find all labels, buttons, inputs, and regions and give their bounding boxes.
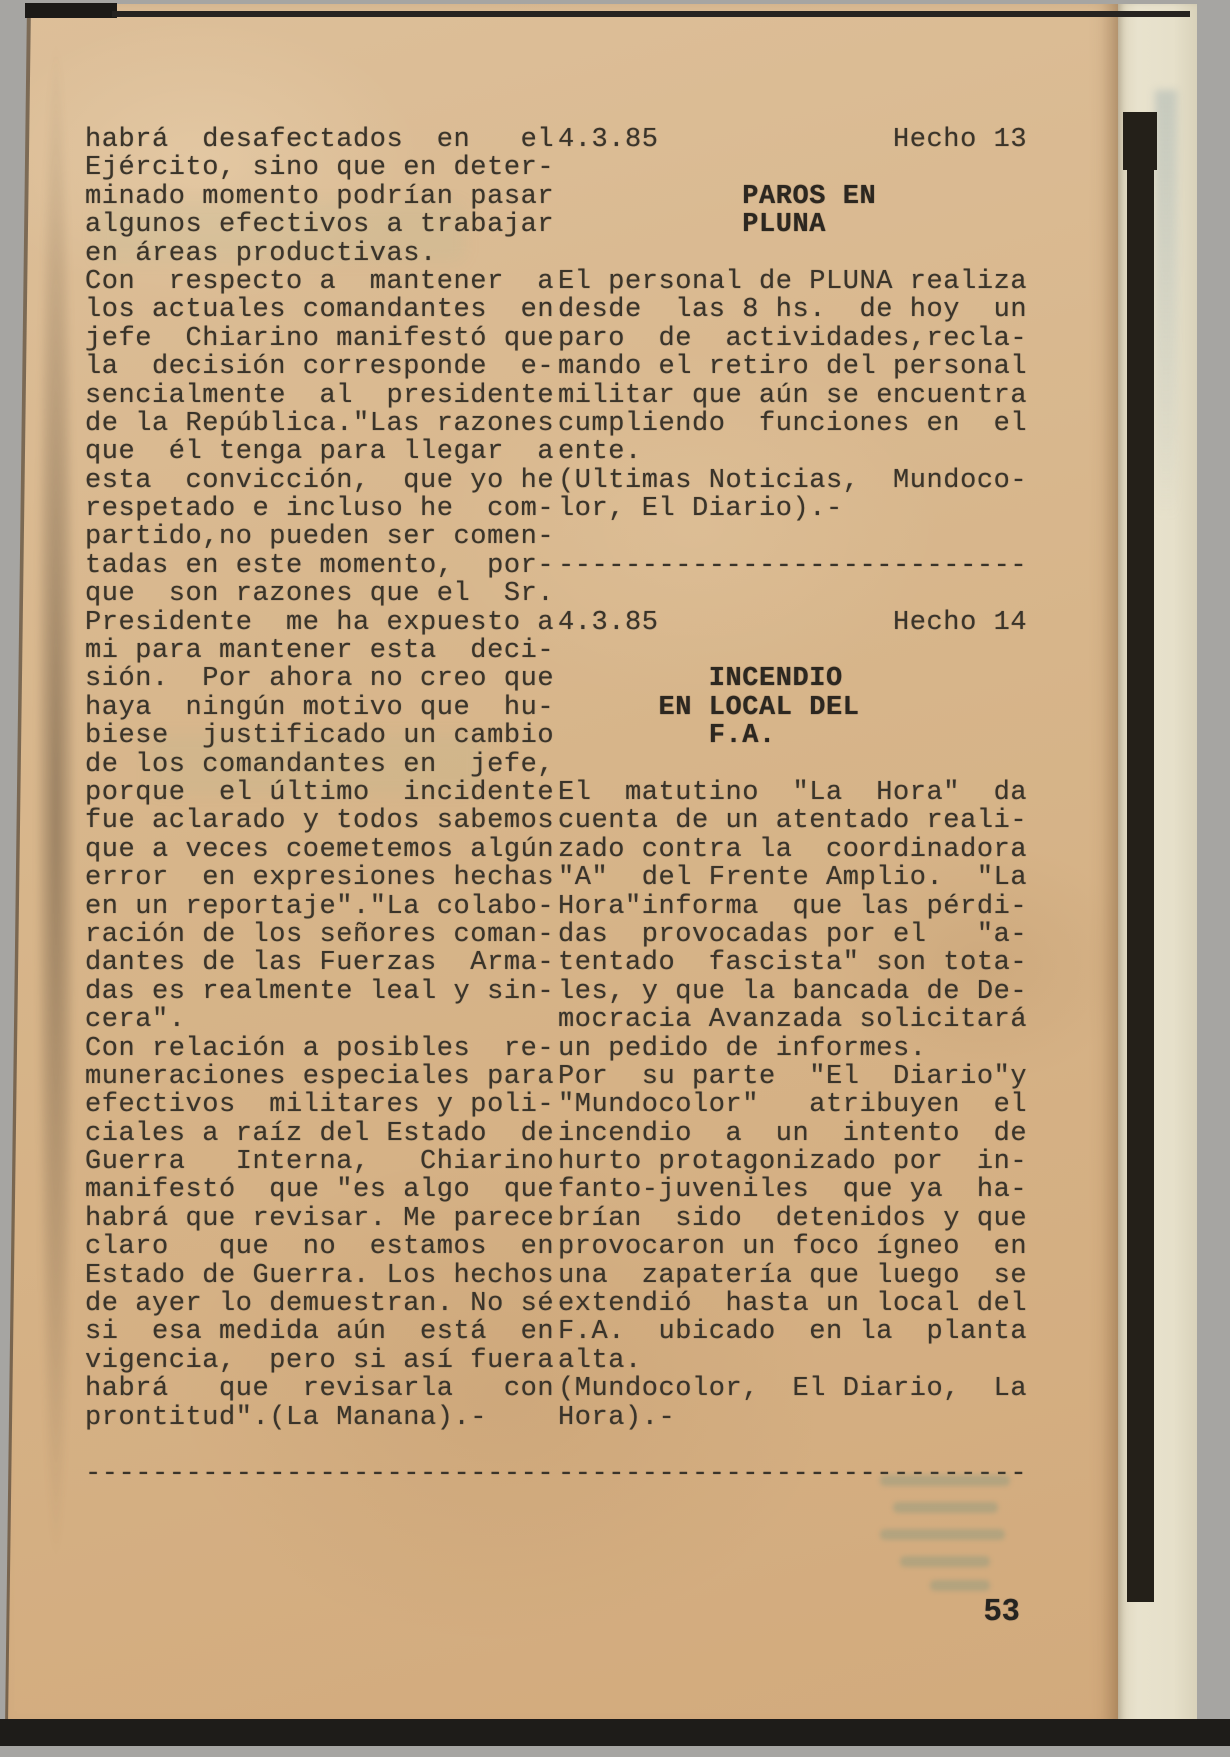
text-line: que él tenga para llegar a bbox=[85, 438, 554, 466]
text-line: los actuales comandantes en bbox=[85, 296, 554, 324]
text-line: extendió hasta un local del bbox=[558, 1290, 1027, 1318]
left-text-column: habrá desafectados en elEjército, sino q… bbox=[85, 126, 554, 1489]
text-line: 4.3.85 Hecho 14 bbox=[558, 609, 1027, 637]
text-line: habrá que revisarla con bbox=[85, 1375, 554, 1403]
text-line: partido,no pueden ser comen- bbox=[85, 523, 554, 551]
text-line: una zapatería que luego se bbox=[558, 1262, 1027, 1290]
bleed-through-text bbox=[880, 1529, 1005, 1540]
text-line: (Mundocolor, El Diario, La bbox=[558, 1375, 1027, 1403]
text-line: que a veces coemetemos algún bbox=[85, 836, 554, 864]
text-line: manifestó que "es algo que bbox=[85, 1176, 554, 1204]
text-line: cera". bbox=[85, 1006, 554, 1034]
text-line: Por su parte "El Diario"y bbox=[558, 1063, 1027, 1091]
text-line: de ayer lo demuestran. No sé bbox=[85, 1290, 554, 1318]
page-number: 53 bbox=[984, 1592, 1020, 1628]
text-line: ciales a raíz del Estado de bbox=[85, 1120, 554, 1148]
text-line: das es realmente leal y sin- bbox=[85, 978, 554, 1006]
text-line: ración de los señores coman- bbox=[85, 921, 554, 949]
text-line: fanto-juveniles que ya ha- bbox=[558, 1176, 1027, 1204]
bottom-black-strip bbox=[0, 1719, 1230, 1746]
text-line: sencialmente al presidente bbox=[85, 382, 554, 410]
text-line: Hora).- bbox=[558, 1404, 1027, 1432]
bleed-through-text bbox=[880, 1475, 1010, 1486]
text-line bbox=[558, 1432, 1027, 1460]
next-page-shadow-streak bbox=[1155, 90, 1177, 520]
text-line: ente. bbox=[558, 438, 1027, 466]
text-line bbox=[558, 240, 1027, 268]
text-line: "Mundocolor" atribuyen el bbox=[558, 1091, 1027, 1119]
right-black-bar bbox=[1127, 112, 1154, 1602]
text-line bbox=[558, 580, 1027, 608]
text-line: sión. Por ahora no creo que bbox=[85, 665, 554, 693]
text-line: Ejército, sino que en deter- bbox=[85, 154, 554, 182]
binding-gutter-shadow bbox=[36, 40, 76, 1560]
text-line: zado contra la coordinadora bbox=[558, 836, 1027, 864]
text-line: paro de actividades,recla- bbox=[558, 325, 1027, 353]
text-line: El personal de PLUNA realiza bbox=[558, 268, 1027, 296]
text-line: F.A. bbox=[558, 722, 1027, 750]
text-line: Presidente me ha expuesto a bbox=[85, 609, 554, 637]
text-line: tadas en este momento, por- bbox=[85, 552, 554, 580]
text-line: les, y que la bancada de De- bbox=[558, 978, 1027, 1006]
text-line: prontitud".(La Manana).- bbox=[85, 1404, 554, 1432]
text-line: ---------------------------- bbox=[558, 552, 1027, 580]
text-line: respetado e incluso he com- bbox=[85, 495, 554, 523]
text-line: efectivos militares y poli- bbox=[85, 1091, 554, 1119]
text-line: brían sido detenidos y que bbox=[558, 1205, 1027, 1233]
text-line: algunos efectivos a trabajar bbox=[85, 211, 554, 239]
text-line: tentado fascista" son tota- bbox=[558, 949, 1027, 977]
text-line: biese justificado un cambio bbox=[85, 722, 554, 750]
text-line: 4.3.85 Hecho 13 bbox=[558, 126, 1027, 154]
text-line bbox=[558, 523, 1027, 551]
text-line: muneraciones especiales para bbox=[85, 1063, 554, 1091]
text-line: esta convicción, que yo he bbox=[85, 467, 554, 495]
text-line: jefe Chiarino manifestó que bbox=[85, 325, 554, 353]
right-text-column: 4.3.85 Hecho 13 PAROS EN PLUNA El person… bbox=[558, 126, 1027, 1489]
text-line: PAROS EN bbox=[558, 183, 1027, 211]
text-line: ---------------------------- bbox=[85, 1460, 554, 1488]
text-line bbox=[558, 154, 1027, 182]
text-line: das provocadas por el "a- bbox=[558, 921, 1027, 949]
text-line: mocracia Avanzada solicitará bbox=[558, 1006, 1027, 1034]
text-line bbox=[558, 637, 1027, 665]
bleed-through-text bbox=[900, 1556, 990, 1567]
text-line: mi para mantener esta deci- bbox=[85, 637, 554, 665]
text-line: incendio a un intento de bbox=[558, 1120, 1027, 1148]
bleed-through-text bbox=[893, 1502, 998, 1513]
text-line: EN LOCAL DEL bbox=[558, 694, 1027, 722]
text-line: cumpliendo funciones en el bbox=[558, 410, 1027, 438]
text-line: INCENDIO bbox=[558, 665, 1027, 693]
text-line: militar que aún se encuentra bbox=[558, 382, 1027, 410]
text-line: cuenta de un atentado reali- bbox=[558, 807, 1027, 835]
text-line: habrá desafectados en el bbox=[85, 126, 554, 154]
text-line: Con relación a posibles re- bbox=[85, 1035, 554, 1063]
text-line: fue aclarado y todos sabemos bbox=[85, 807, 554, 835]
text-line: error en expresiones hechas bbox=[85, 864, 554, 892]
scanned-document-page: habrá desafectados en elEjército, sino q… bbox=[0, 0, 1230, 1757]
text-line bbox=[558, 751, 1027, 779]
top-edge-black-line bbox=[112, 11, 1190, 17]
text-line: en un reportaje"."La colabo- bbox=[85, 893, 554, 921]
text-line: PLUNA bbox=[558, 211, 1027, 239]
bleed-through-text bbox=[930, 1580, 990, 1591]
text-line bbox=[85, 1432, 554, 1460]
text-line: haya ningún motivo que hu- bbox=[85, 694, 554, 722]
text-line: "A" del Frente Amplio. "La bbox=[558, 864, 1027, 892]
text-line: de la República."Las razones bbox=[85, 410, 554, 438]
text-line: si esa medida aún está en bbox=[85, 1318, 554, 1346]
text-line: hurto protagonizado por in- bbox=[558, 1148, 1027, 1176]
text-line: claro que no estamos en bbox=[85, 1233, 554, 1261]
text-line: F.A. ubicado en la planta bbox=[558, 1318, 1027, 1346]
text-line: lor, El Diario).- bbox=[558, 495, 1027, 523]
text-line: Estado de Guerra. Los hechos bbox=[85, 1262, 554, 1290]
text-line: vigencia, pero si así fuera bbox=[85, 1347, 554, 1375]
text-line: dantes de las Fuerzas Arma- bbox=[85, 949, 554, 977]
text-line: mando el retiro del personal bbox=[558, 353, 1027, 381]
text-line: de los comandantes en jefe, bbox=[85, 751, 554, 779]
text-line: minado momento podrían pasar bbox=[85, 183, 554, 211]
top-left-black-mark bbox=[25, 3, 117, 18]
text-line: habrá que revisar. Me parece bbox=[85, 1205, 554, 1233]
text-line: la decisión corresponde e- bbox=[85, 353, 554, 381]
text-line: en áreas productivas. bbox=[85, 240, 554, 268]
text-line: El matutino "La Hora" da bbox=[558, 779, 1027, 807]
text-line: provocaron un foco ígneo en bbox=[558, 1233, 1027, 1261]
text-line: Hora"informa que las pérdi- bbox=[558, 893, 1027, 921]
text-line: alta. bbox=[558, 1347, 1027, 1375]
text-line: Con respecto a mantener a bbox=[85, 268, 554, 296]
text-line: (Ultimas Noticias, Mundoco- bbox=[558, 467, 1027, 495]
text-line: desde las 8 hs. de hoy un bbox=[558, 296, 1027, 324]
text-line: Guerra Interna, Chiarino bbox=[85, 1148, 554, 1176]
text-line: porque el último incidente bbox=[85, 779, 554, 807]
text-line: que son razones que el Sr. bbox=[85, 580, 554, 608]
text-line: un pedido de informes. bbox=[558, 1035, 1027, 1063]
